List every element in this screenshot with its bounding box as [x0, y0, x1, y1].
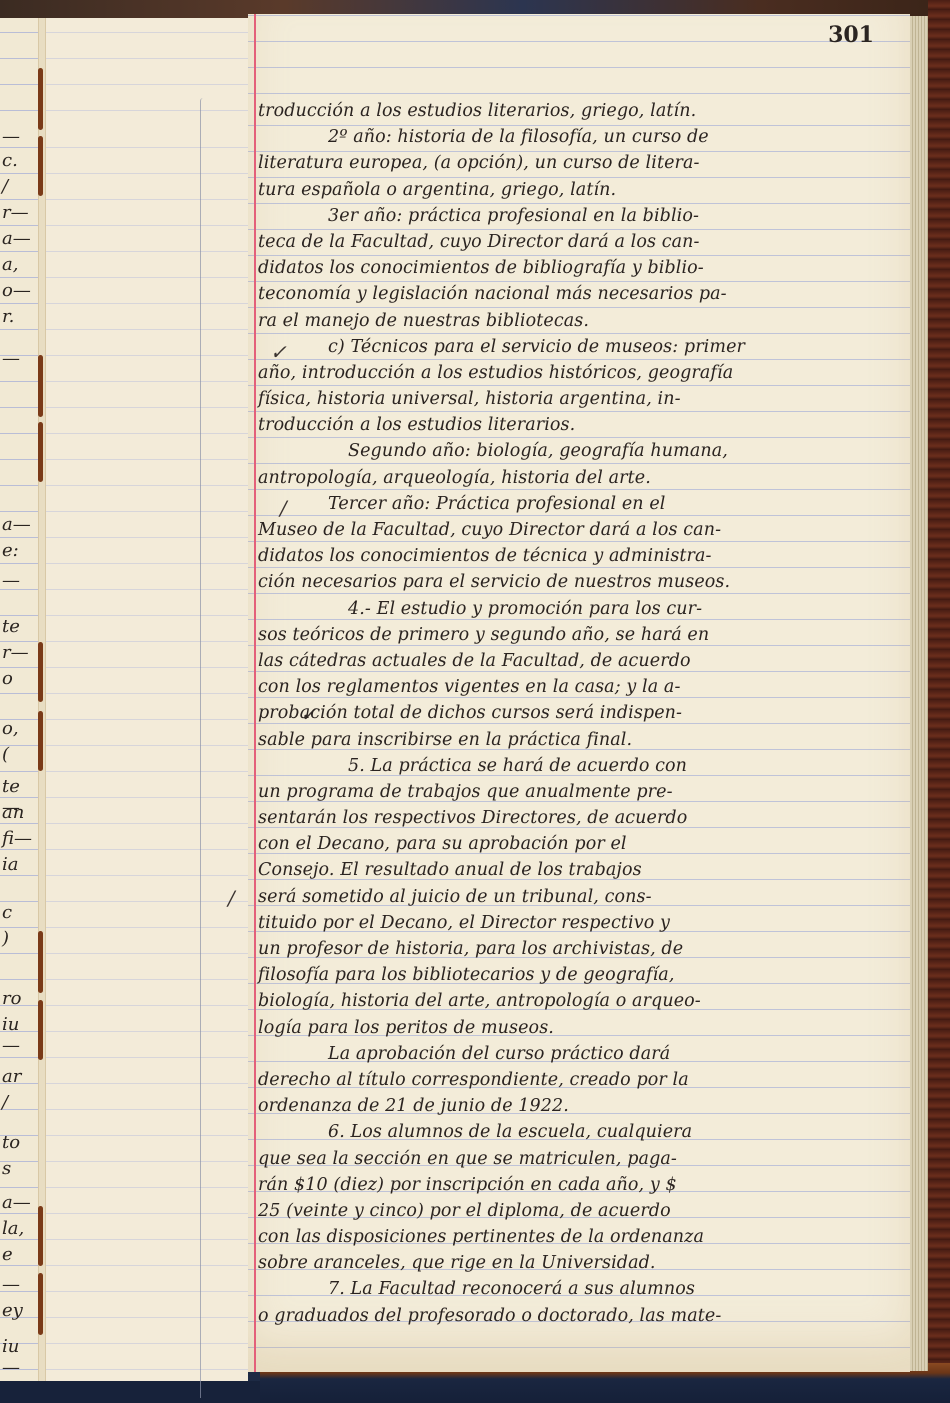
fragment: s [2, 1158, 11, 1179]
text-line: filosofía para los bibliotecarios y de g… [258, 962, 898, 988]
fragment: a— [2, 1192, 31, 1213]
text-line: ción necesarios para el servicio de nues… [258, 569, 898, 595]
text-line: con los reglamentos vigentes en la casa;… [258, 674, 898, 700]
binding-stitch [38, 68, 43, 130]
fragment: a— [2, 514, 31, 535]
fragment: an [2, 802, 24, 823]
text-line: ra el manejo de nuestras bibliotecas. [258, 308, 898, 334]
handwritten-text-block: troducción a los estudios literarios, gr… [258, 98, 898, 1329]
book-cover-right [928, 0, 950, 1403]
binding-stitch [38, 931, 43, 993]
binding-stitch [38, 711, 43, 771]
text-line: derecho al título correspondiente, cread… [258, 1067, 898, 1093]
binding-stitch [38, 136, 43, 196]
binding-stitch [38, 422, 43, 482]
text-line: tura española o argentina, griego, latín… [258, 177, 898, 203]
left-page: — c. / r— a— a, o— r. — a— e: — te r— o … [0, 18, 248, 1381]
fragment: te [2, 616, 20, 637]
fragment: ) [2, 928, 9, 949]
red-margin-line [254, 14, 256, 1372]
text-line: 7. La Facultad reconocerá a sus alumnos [258, 1276, 898, 1302]
fragment: — [2, 570, 20, 591]
text-line: antropología, arqueología, historia del … [258, 465, 898, 491]
fragment: — [2, 348, 20, 369]
left-page-blank-area [44, 18, 248, 1381]
fragment: e [2, 1244, 13, 1265]
page-stack-edges [910, 16, 928, 1371]
binding-stitch [38, 642, 43, 702]
text-line: 6. Los alumnos de la escuela, cualquiera [258, 1119, 898, 1145]
fragment: e: [2, 540, 19, 561]
text-line: La aprobación del curso práctico dará [258, 1041, 898, 1067]
book-cover-bottom-left [0, 1381, 260, 1403]
fragment: a, [2, 254, 18, 275]
fragment: fi— [2, 828, 32, 849]
text-line: que sea la sección en que se matriculen,… [258, 1146, 898, 1172]
fragment: to [2, 1132, 20, 1153]
text-line: Segundo año: biología, geografía humana, [258, 438, 898, 464]
text-line: o graduados del profesorado o doctorado,… [258, 1303, 898, 1329]
text-line: sentarán los respectivos Directores, de … [258, 805, 898, 831]
text-line: será sometido al juicio de un tribunal, … [258, 884, 898, 910]
text-line: c) Técnicos para el servicio de museos: … [258, 334, 898, 360]
text-line: 2º año: historia de la filosofía, un cur… [258, 124, 898, 150]
fragment: — [2, 1274, 20, 1295]
text-line: literatura europea, (a opción), un curso… [258, 150, 898, 176]
text-line: sos teóricos de primero y segundo año, s… [258, 622, 898, 648]
text-line: teca de la Facultad, cuyo Director dará … [258, 229, 898, 255]
left-page-text-fragments: — c. / r— a— a, o— r. — a— e: — te r— o … [0, 18, 36, 1381]
text-line: Museo de la Facultad, cuyo Director dará… [258, 517, 898, 543]
fragment: / [2, 176, 8, 197]
fragment: iu— [2, 1336, 36, 1378]
text-line: didatos los conocimientos de bibliografí… [258, 255, 898, 281]
fragment: iu— [2, 1014, 36, 1056]
binding-stitch [38, 355, 43, 417]
fragment: ey [2, 1300, 23, 1321]
fragment: o [2, 668, 13, 689]
fragment: c. [2, 150, 18, 171]
fragment: o— [2, 280, 31, 301]
fragment: r— [2, 202, 29, 223]
binding-stitch [38, 1273, 43, 1335]
text-line: Consejo. El resultado anual de los traba… [258, 857, 898, 883]
page-number: 301 [828, 22, 874, 48]
text-line: troducción a los estudios literarios, gr… [258, 98, 898, 124]
fragment: la, [2, 1218, 24, 1239]
fragment: — [2, 126, 20, 147]
binding-stitch [38, 1206, 43, 1266]
text-line: un profesor de historia, para los archiv… [258, 936, 898, 962]
fragment: ro [2, 988, 21, 1009]
fragment: c [2, 902, 12, 923]
text-line: 5. La práctica se hará de acuerdo con [258, 753, 898, 779]
fragment: ia [2, 854, 19, 875]
text-line: sobre aranceles, que rige en la Universi… [258, 1250, 898, 1276]
fragment: o, [2, 718, 19, 739]
fragment: ( [2, 744, 9, 765]
text-line: biología, historia del arte, antropologí… [258, 988, 898, 1014]
fragment: / [2, 1092, 8, 1113]
text-line: sable para inscribirse en la práctica fi… [258, 727, 898, 753]
fragment: a— [2, 228, 31, 249]
fragment: ar [2, 1066, 21, 1087]
fragment: r— [2, 642, 29, 663]
text-line: Tercer año: Práctica profesional en el [258, 491, 898, 517]
text-line: las cátedras actuales de la Facultad, de… [258, 648, 898, 674]
text-line: probación total de dichos cursos será in… [258, 700, 898, 726]
text-line: 25 (veinte y cinco) por el diploma, de a… [258, 1198, 898, 1224]
text-line: física, historia universal, historia arg… [258, 386, 898, 412]
text-line: 4.- El estudio y promoción para los cur- [258, 596, 898, 622]
text-line: logía para los peritos de museos. [258, 1015, 898, 1041]
pencil-margin-line [200, 98, 203, 1398]
text-line: ordenanza de 21 de junio de 1922. [258, 1093, 898, 1119]
fragment: r. [2, 306, 14, 327]
text-line: teconomía y legislación nacional más nec… [258, 281, 898, 307]
text-line: troducción a los estudios literarios. [258, 412, 898, 438]
text-line: con las disposiciones pertinentes de la … [258, 1224, 898, 1250]
text-line: didatos los conocimientos de técnica y a… [258, 543, 898, 569]
binding-stitch [38, 1000, 43, 1060]
margin-tick-mark: / [228, 886, 235, 910]
text-line: un programa de trabajos que anualmente p… [258, 779, 898, 805]
text-line: 3er año: práctica profesional en la bibl… [258, 203, 898, 229]
text-line: rán $10 (diez) por inscripción en cada a… [258, 1172, 898, 1198]
text-line: tituido por el Decano, el Director respe… [258, 910, 898, 936]
text-line: año, introducción a los estudios históri… [258, 360, 898, 386]
text-line: con el Decano, para su aprobación por el [258, 831, 898, 857]
